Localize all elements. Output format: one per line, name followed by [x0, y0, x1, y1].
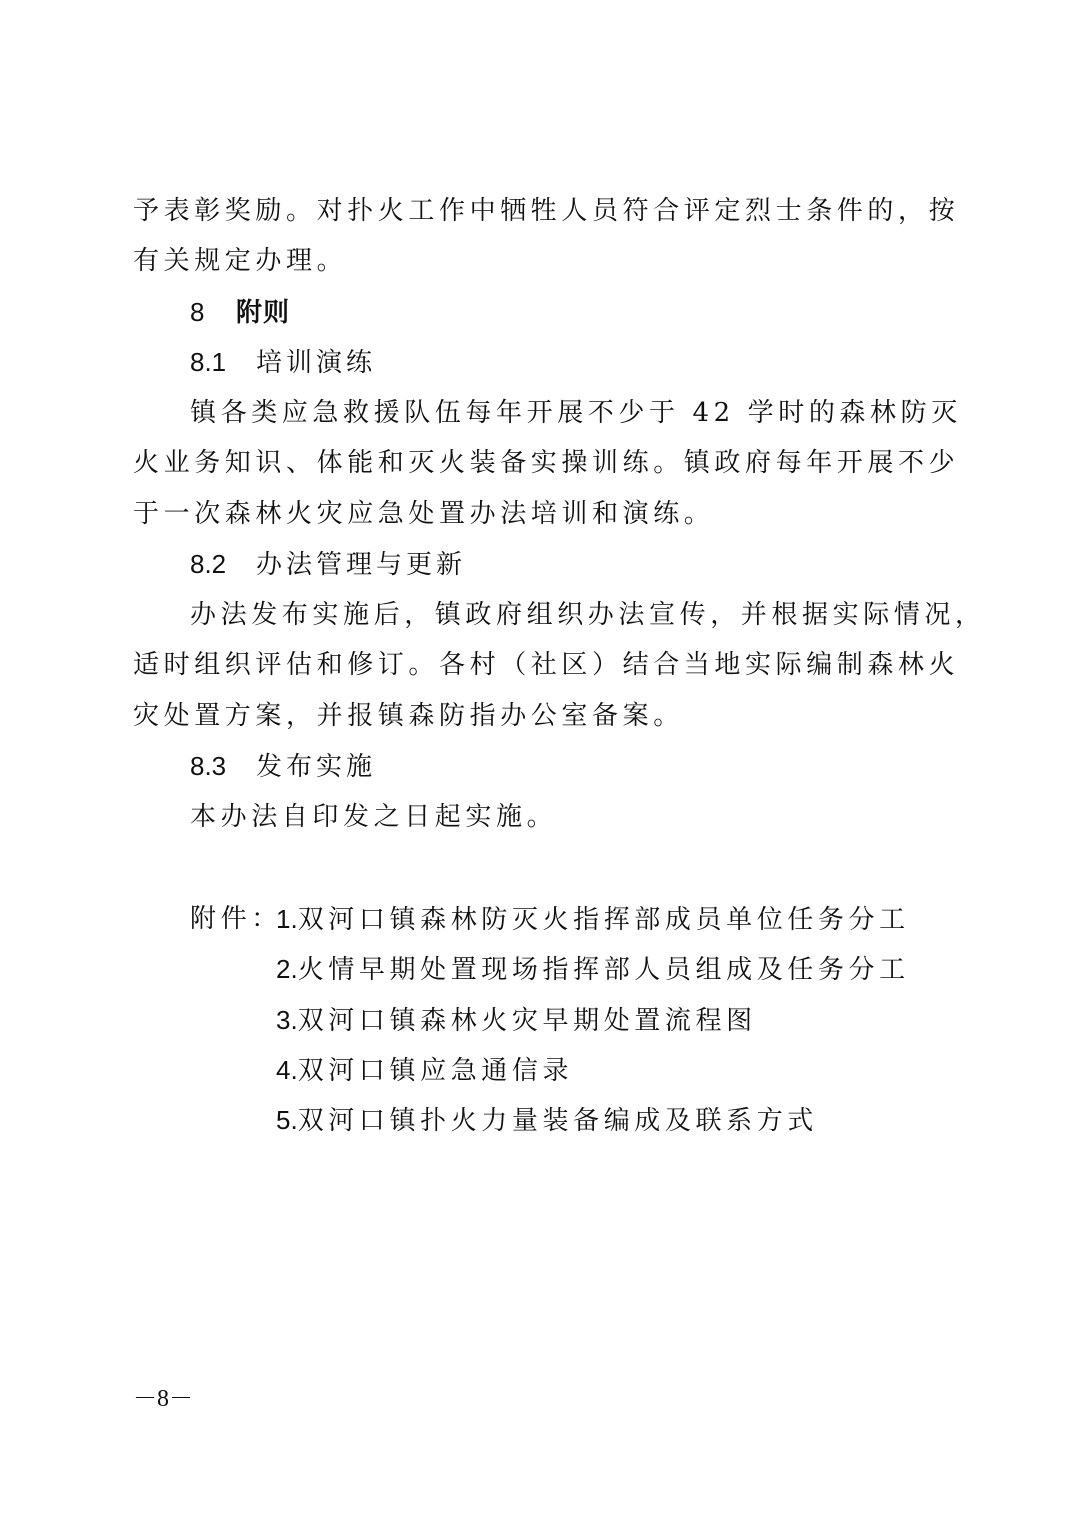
paragraph-line: 灾处置方案，并报镇森防指办公室备案。: [133, 699, 684, 733]
section-title: 办法管理与更新: [256, 550, 466, 580]
page-number: －8－: [133, 1378, 193, 1413]
paragraph-line: 适时组织评估和修订。各村（社区）结合当地实际编制森林火: [133, 648, 959, 682]
attachment-item: 2.火情早期处置现场指挥部人员组成及任务分工: [276, 952, 910, 987]
section-title: 培训演练: [256, 348, 376, 378]
paragraph-line: 办法发布实施后，镇政府组织办法宣传，并根据实际情况，: [190, 598, 986, 632]
paragraph-line: 本办法自印发之日起实施。: [190, 800, 557, 834]
section-heading-8-1: 8.1培训演练: [190, 345, 376, 380]
section-number: 8.1: [190, 345, 256, 379]
section-heading-8-2: 8.2办法管理与更新: [190, 547, 466, 582]
paragraph-line: 有关规定办理。: [133, 244, 347, 278]
section-title: 发布实施: [256, 752, 376, 782]
section-heading-8: 8附则: [190, 295, 290, 330]
attachment-item: 3.双河口镇森林火灾早期处置流程图: [276, 1003, 757, 1038]
section-title: 附则: [236, 298, 290, 328]
section-number: 8.2: [190, 547, 256, 581]
section-number: 8: [190, 295, 236, 329]
attachments-label: 附件：: [190, 902, 282, 936]
paragraph-line: 镇各类应急救援队伍每年开展不少于 42 学时的森林防灭: [190, 396, 962, 430]
paragraph-line: 予表彰奖励。对扑火工作中牺牲人员符合评定烈士条件的，按: [133, 194, 959, 228]
paragraph-line: 于一次森林火灾应急处置办法培训和演练。: [133, 497, 714, 531]
attachment-item: 1.双河口镇森林防灭火指挥部成员单位任务分工: [276, 902, 910, 937]
attachment-item: 4.双河口镇应急通信录: [276, 1053, 573, 1088]
paragraph-line: 火业务知识、体能和灭火装备实操训练。镇政府每年开展不少: [133, 446, 959, 480]
section-number: 8.3: [190, 749, 256, 783]
attachment-item: 5.双河口镇扑火力量装备编成及联系方式: [276, 1103, 818, 1138]
section-heading-8-3: 8.3发布实施: [190, 749, 376, 784]
